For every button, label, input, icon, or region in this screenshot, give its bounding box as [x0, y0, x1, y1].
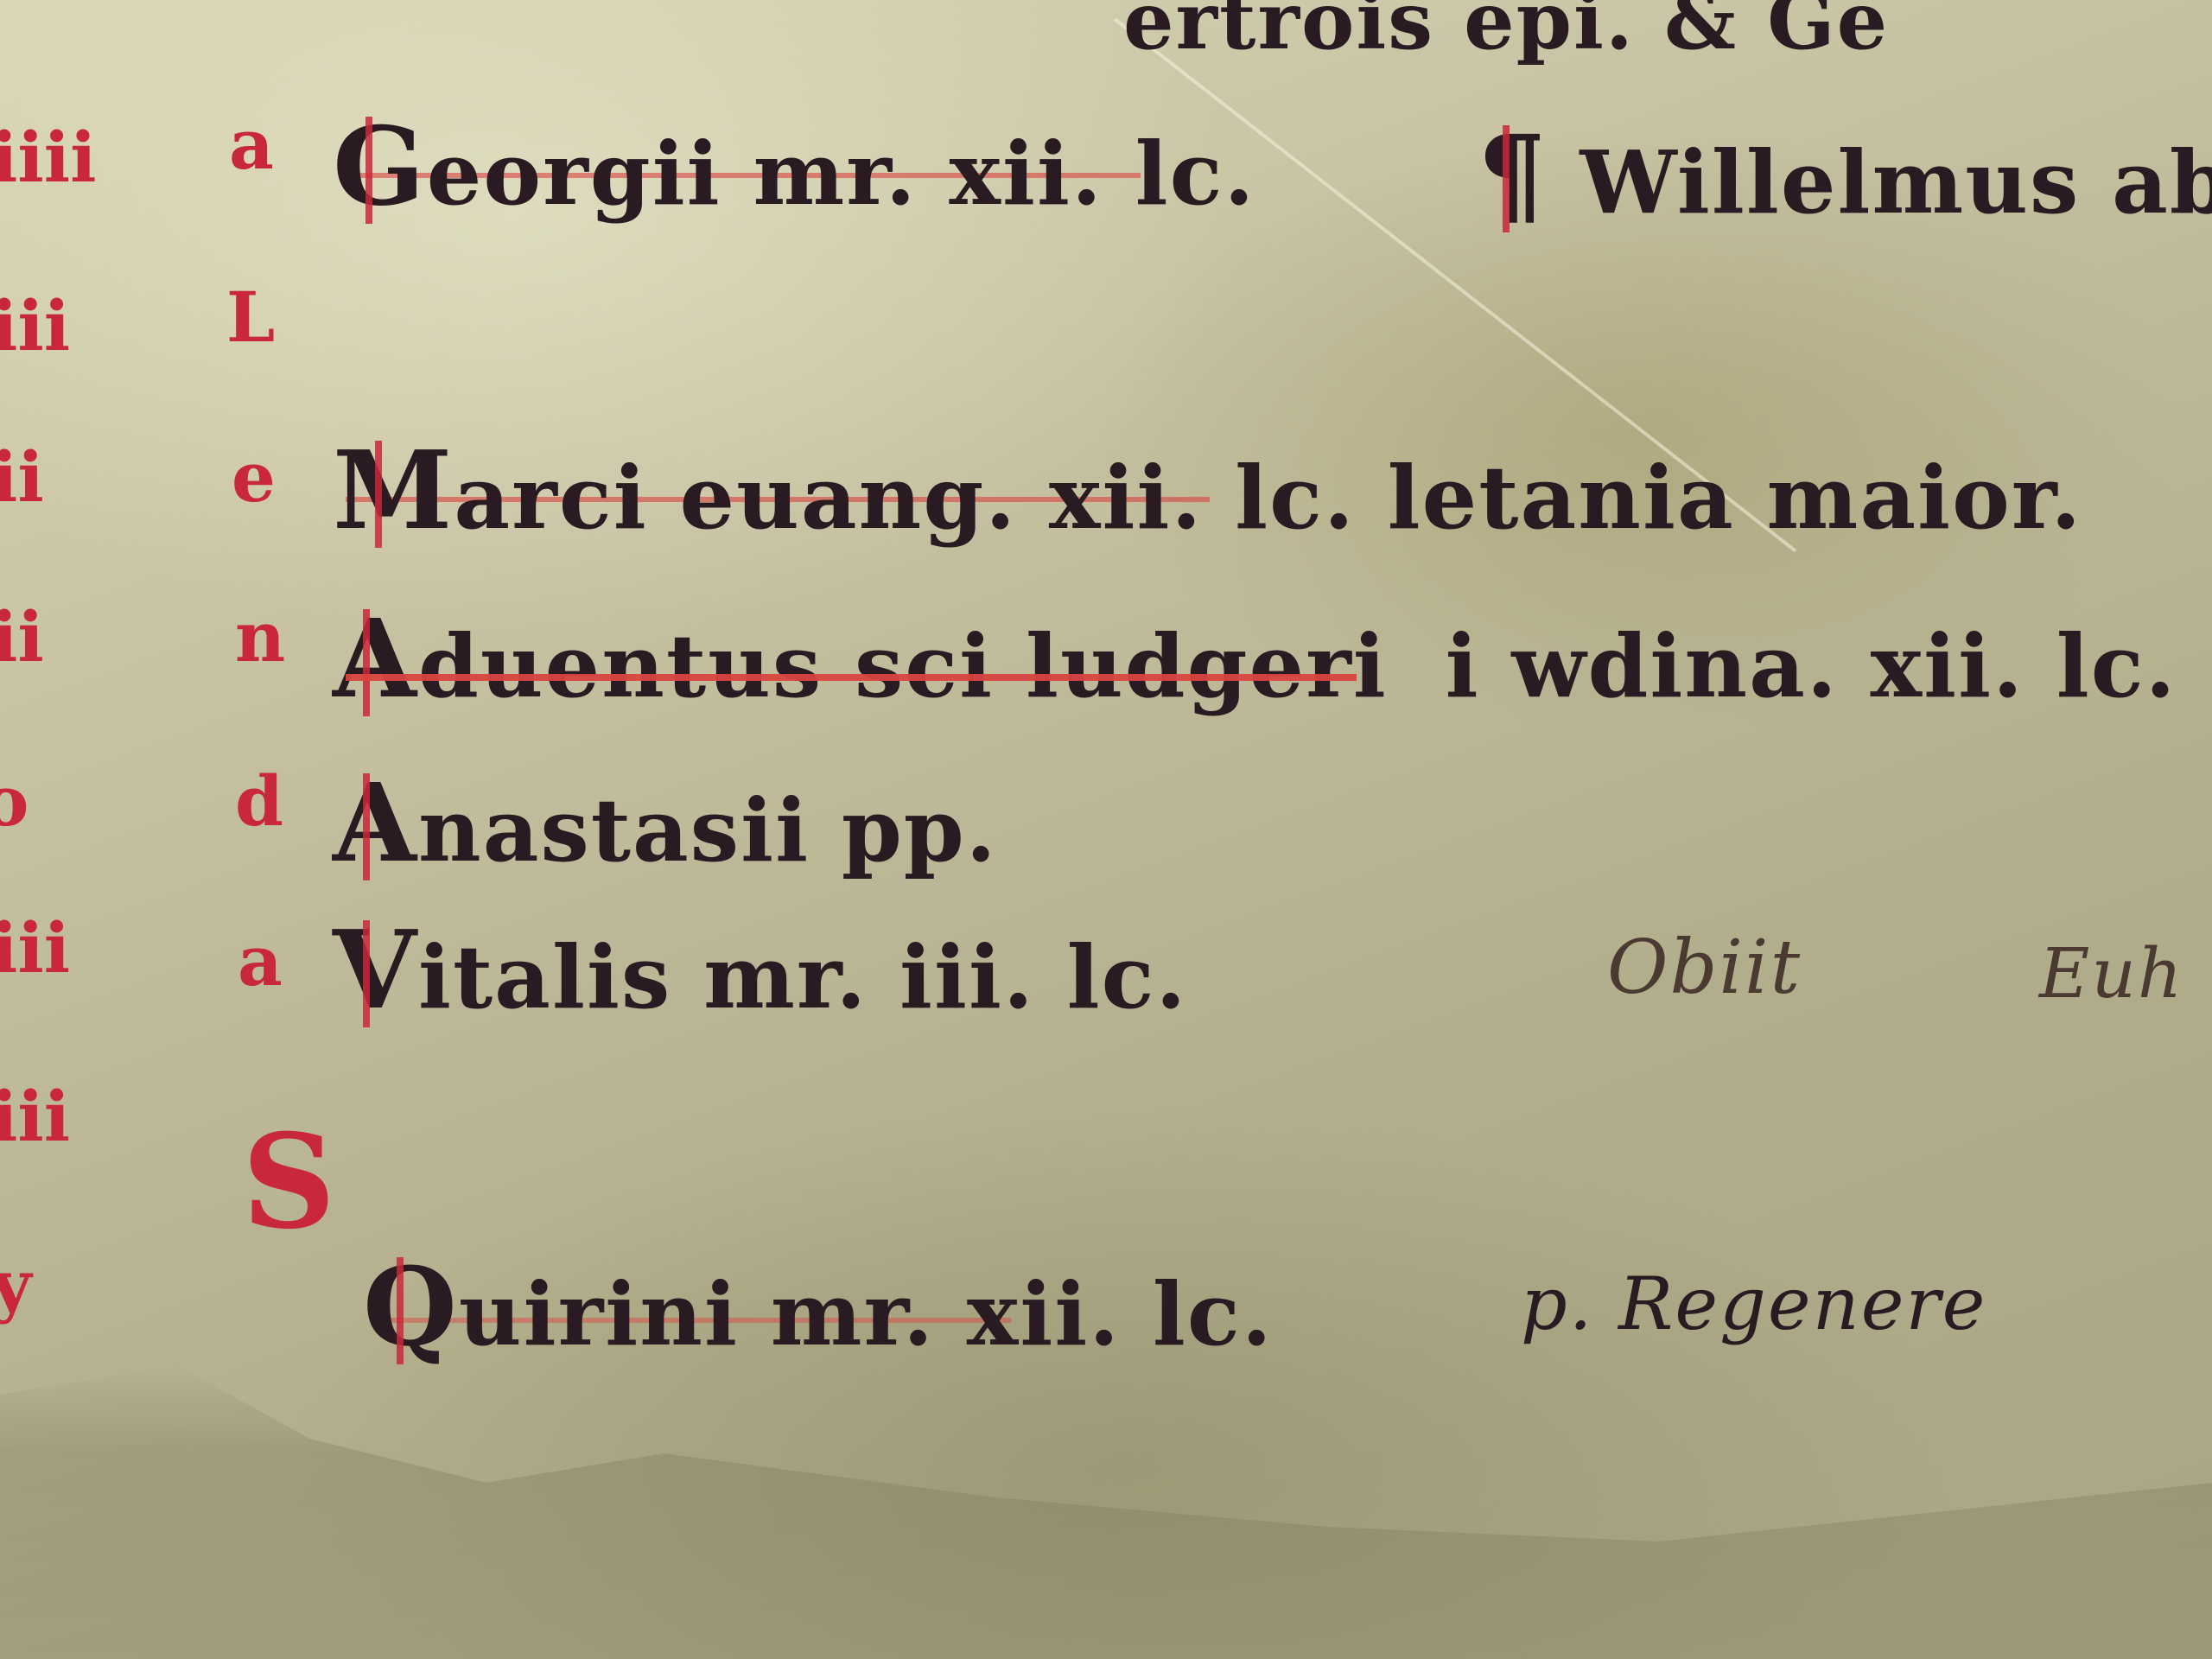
top-fragment-text: ertrois epi. & Ge	[1123, 0, 1889, 67]
dominical-letter: d	[235, 760, 283, 842]
initial-letter: Q	[363, 1244, 459, 1370]
marginal-initial: ¶	[1478, 112, 1548, 238]
entry-text: italis mr. iii. lc.	[418, 926, 1187, 1028]
initial-letter: G	[333, 104, 427, 230]
initial-letter: V	[333, 907, 418, 1033]
entry-marci: Marci euang. xii. lc. letania maior.	[333, 428, 2082, 554]
marginal-note-willelmus: ¶ Willelmus ab	[1478, 112, 2212, 238]
strikethrough-line	[346, 674, 1357, 681]
entry-text: nastasii pp.	[418, 779, 998, 881]
marginal-text: p. Regenere	[1521, 1262, 1986, 1346]
margin-numeral: iii	[0, 1076, 70, 1157]
entry-georgii: Georgii mr. xii. lc.	[333, 104, 1255, 230]
top-fragment-line: ertrois epi. & Ge	[1123, 0, 1889, 67]
entry-quirini: Quirini mr. xii. lc.	[363, 1244, 1274, 1370]
marginal-obit: Obiit	[1607, 925, 1802, 1011]
dominical-letter: L	[226, 276, 275, 358]
initial-letter: A	[333, 596, 418, 722]
entry-vitalis: Vitalis mr. iii. lc.	[333, 907, 1187, 1033]
parchment-background	[0, 0, 2212, 1659]
entry-aduentus: Aduentus sci ludgeri i wdina. xii. lc.	[333, 596, 2177, 722]
marginal-text: Willelmus ab	[1580, 131, 2212, 233]
dominical-letter: S	[242, 1106, 335, 1258]
dominical-letter: a	[238, 920, 283, 1001]
dominical-letter: n	[235, 596, 285, 677]
obit-name-text: Euh	[2039, 933, 2183, 1014]
margin-numeral: iiii	[0, 117, 97, 198]
dominical-letter: e	[232, 436, 276, 518]
initial-letter: A	[333, 760, 418, 887]
margin-numeral: o	[0, 760, 29, 842]
entry-text: arci euang. xii. lc. letania maior.	[454, 447, 2082, 549]
margin-numeral: y	[0, 1244, 31, 1325]
margin-numeral: iii	[0, 285, 70, 366]
entry-anastasii: Anastasii pp.	[333, 760, 998, 887]
entry-text-struck: duentus sci ludgeri	[418, 615, 1388, 717]
entry-text-suffix: i wdina. xii. lc.	[1446, 615, 2177, 717]
initial-letter: M	[333, 428, 454, 554]
obit-text: Obiit	[1607, 925, 1802, 1011]
dominical-letter: a	[229, 104, 274, 185]
entry-text: uirini mr. xii. lc.	[459, 1263, 1274, 1365]
marginal-name: Euh	[2039, 933, 2183, 1014]
entry-text: eorgii mr. xii. lc.	[427, 123, 1256, 225]
margin-numeral: ii	[0, 436, 44, 518]
margin-numeral: ii	[0, 596, 44, 677]
marginal-regenere: p. Regenere	[1521, 1262, 1986, 1346]
margin-numeral: iii	[0, 907, 70, 988]
